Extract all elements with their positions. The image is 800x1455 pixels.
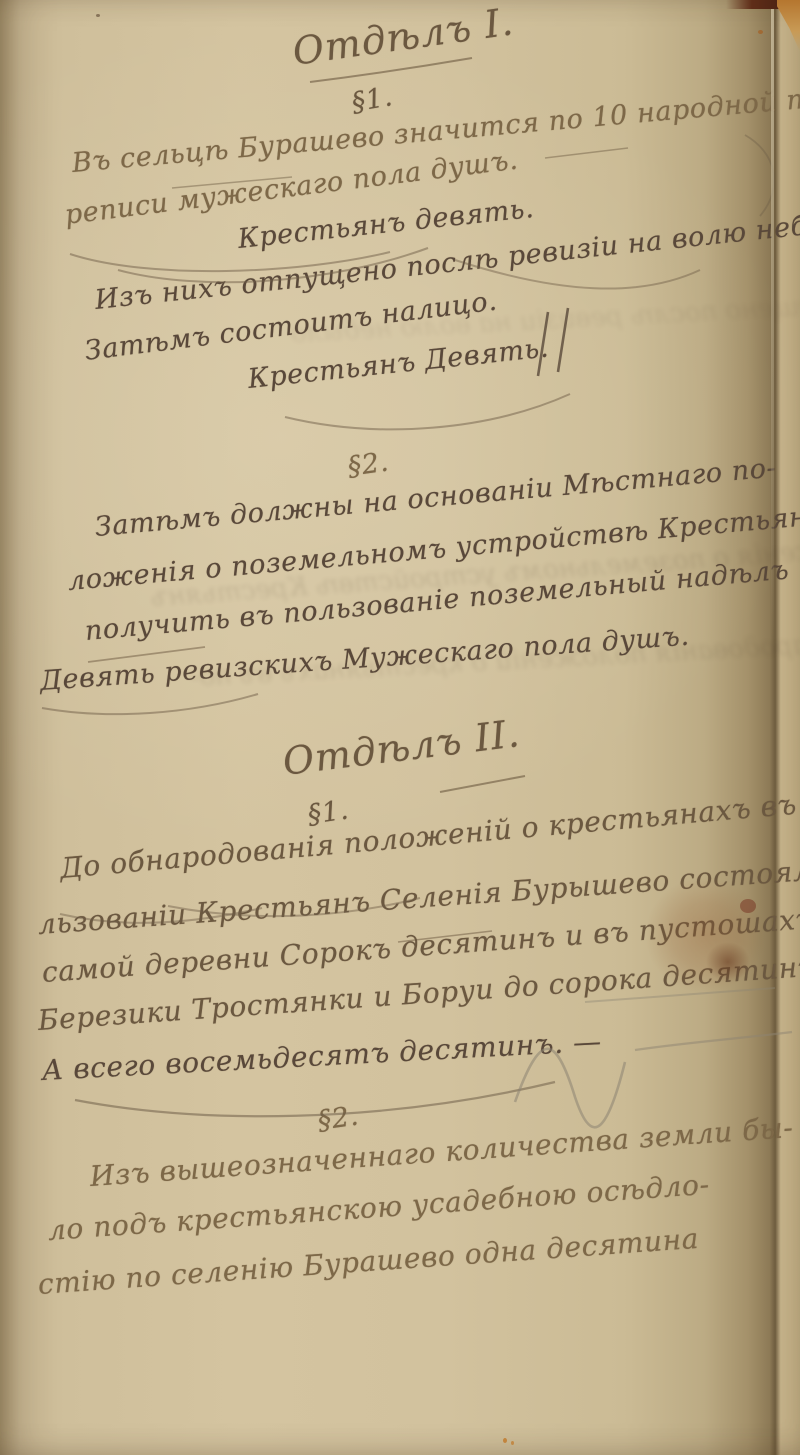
pencil-line: [635, 1032, 792, 1050]
section-2-paragraph-2-marker: §2.: [316, 1100, 361, 1136]
flourish-underline: [440, 776, 525, 792]
flourish-underline: [545, 148, 628, 158]
manuscript-line: Крестьянъ Девять.: [246, 332, 550, 394]
flourish-swash: [285, 394, 570, 429]
paper-speck: [503, 1438, 507, 1443]
next-page-corner: [777, 0, 800, 52]
manuscript-line: А всего восемьдесятъ десятинъ. —: [41, 1025, 602, 1087]
section-1-paragraph-1-marker: §1.: [349, 81, 395, 119]
section-2-paragraph-1-marker: §1.: [306, 794, 351, 830]
paper-speck: [758, 30, 763, 34]
section-2-title: Отдѣлъ II.: [280, 711, 522, 784]
paper-speck: [96, 14, 100, 17]
section-1-title: Отдѣлъ I.: [290, 0, 516, 74]
paper-speck: [511, 1441, 514, 1445]
section-1-paragraph-2-marker: §2.: [346, 446, 391, 482]
flourish-swash: [42, 694, 258, 714]
flourish-swash: [75, 1082, 555, 1116]
manuscript-page: ложенія о поземельномъ устройствѣ Кресть…: [0, 0, 800, 1455]
flourish-swash: [745, 135, 774, 216]
